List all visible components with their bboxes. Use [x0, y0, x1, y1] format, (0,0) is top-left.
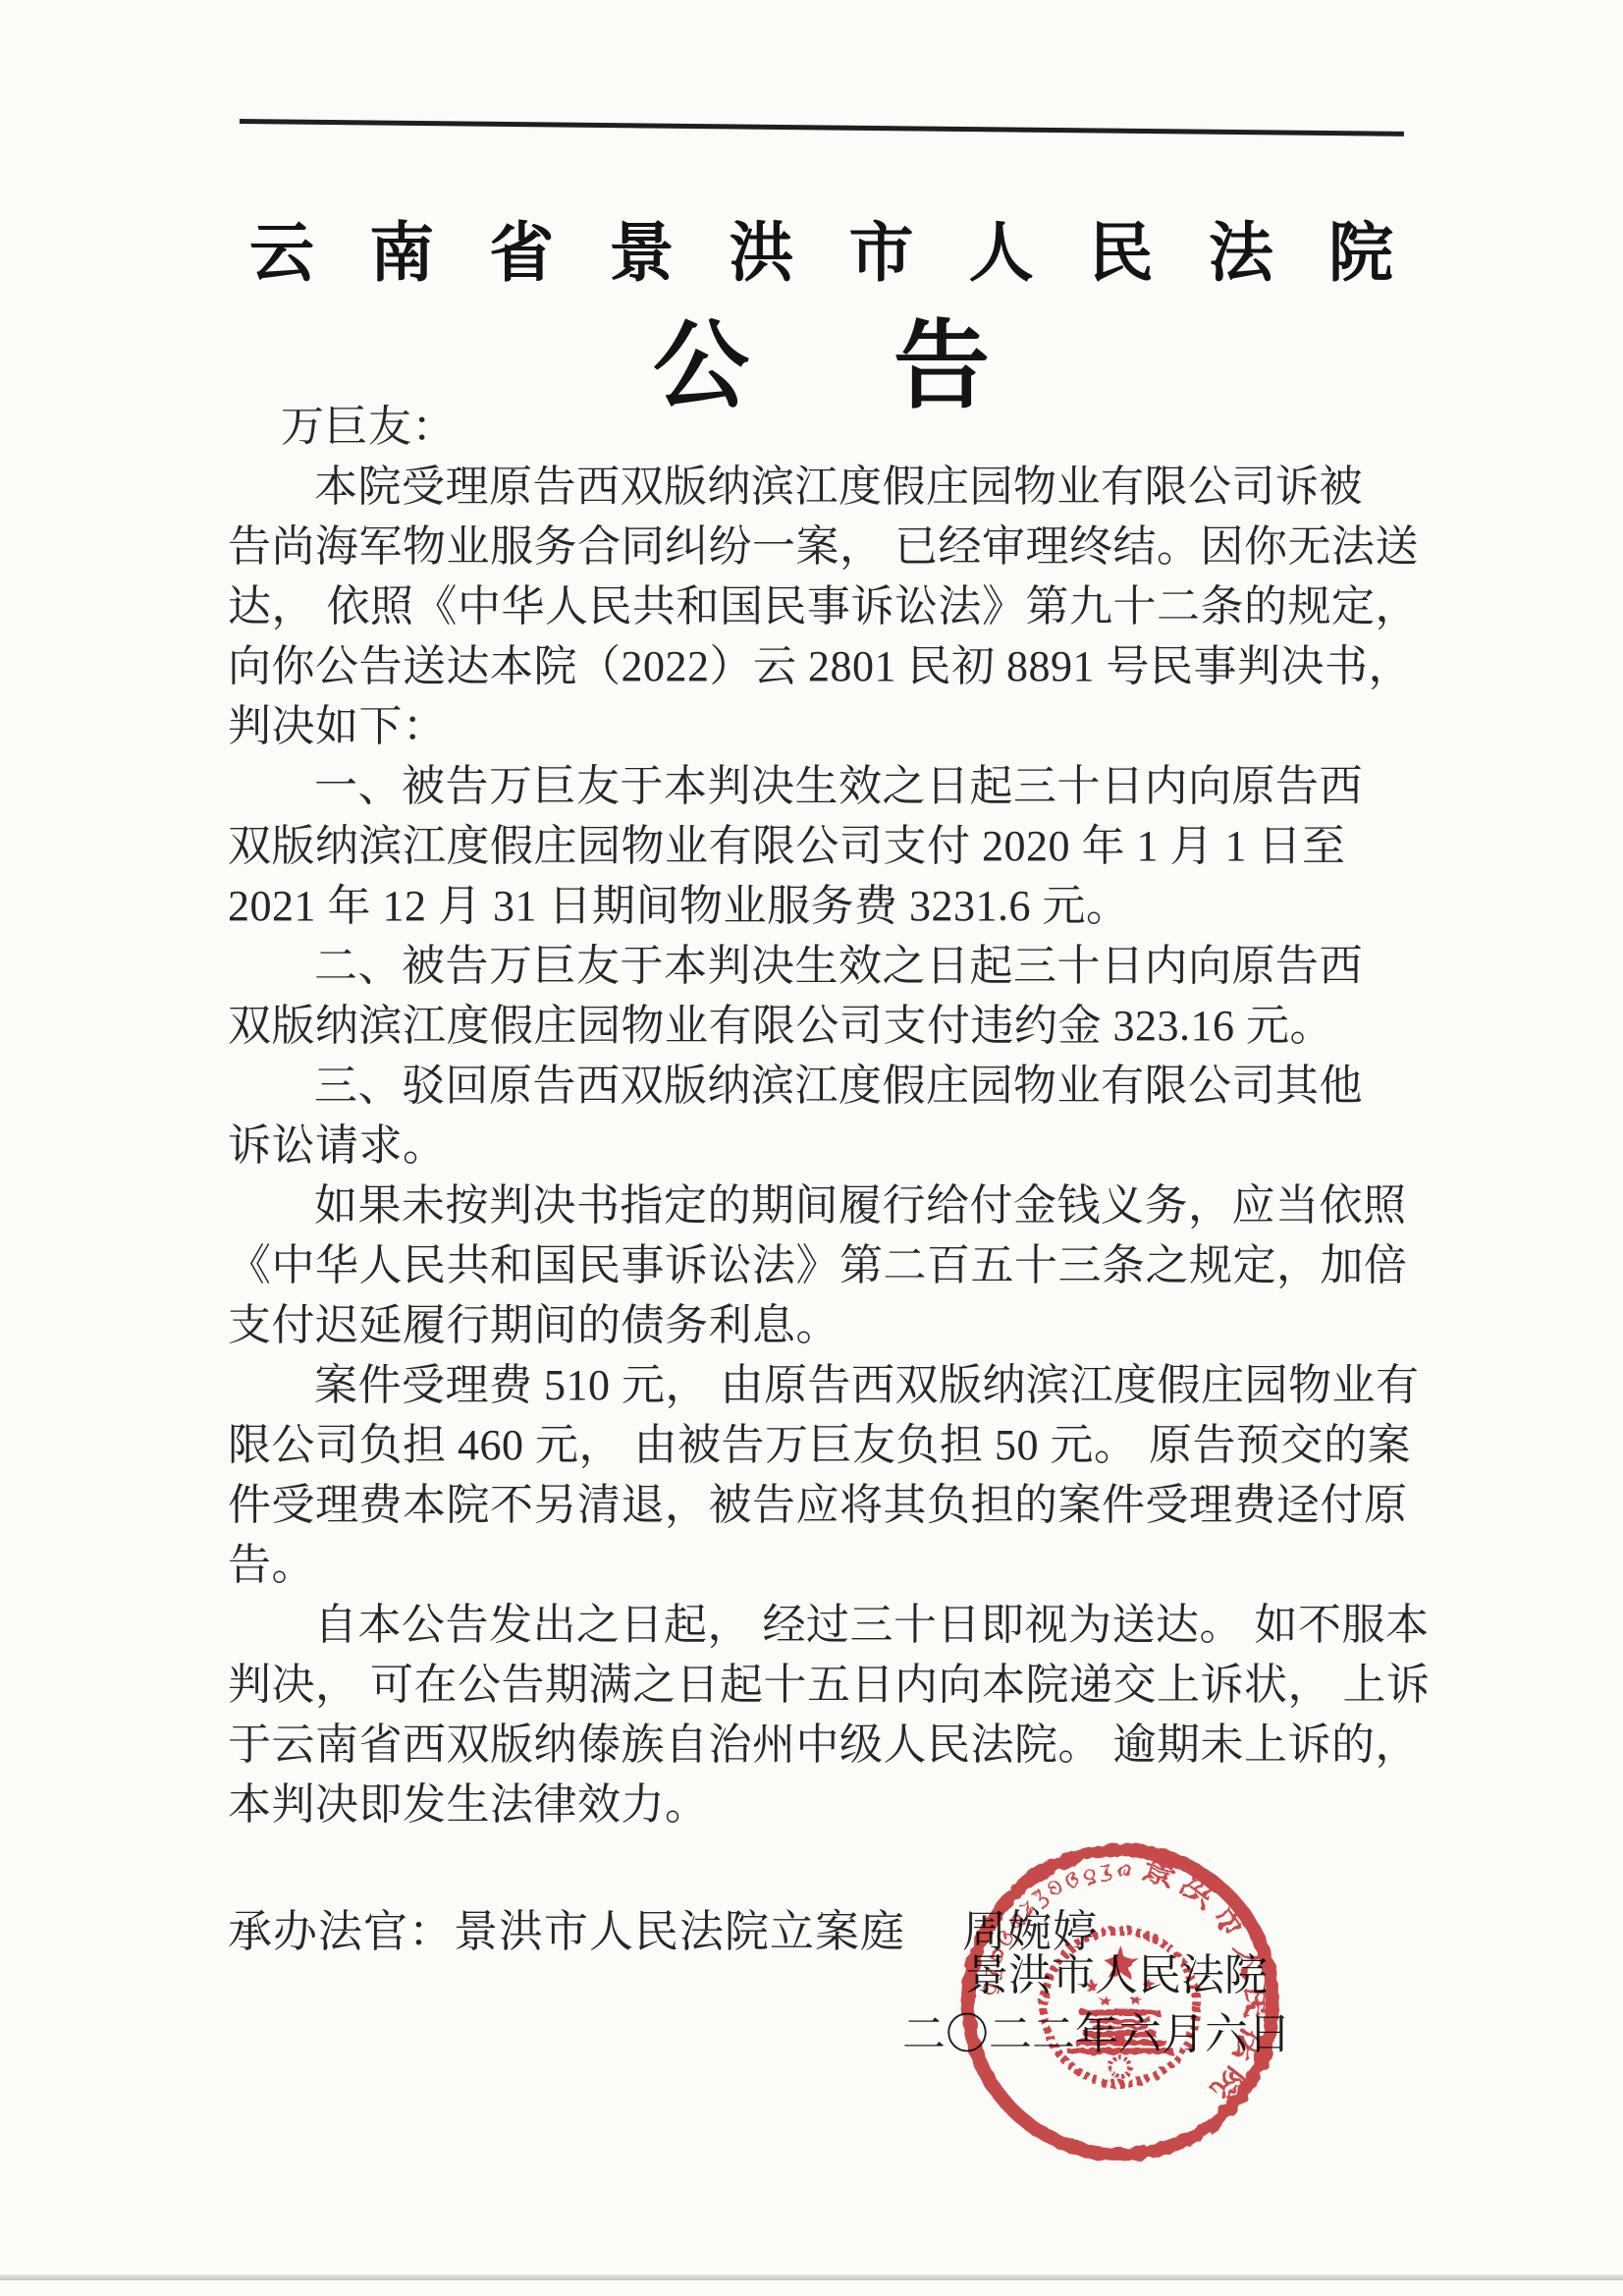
court-fee-line: 案件受理费 510 元， 由原告西双版纳滨江度假庄园物业有	[228, 1355, 1455, 1415]
body-line: 限公司负担 460 元， 由被告万巨友负担 50 元。 原告预交的案	[228, 1415, 1455, 1475]
body-line: 双版纳滨江度假庄园物业有限公司支付 2020 年 1 月 1 日至	[228, 816, 1455, 876]
small-star-icon	[1142, 1979, 1156, 1992]
gear-icon	[1110, 2057, 1130, 2077]
body-line: 支付迟延履行期间的债务利息。	[228, 1295, 1455, 1355]
small-star-icon	[1085, 1979, 1099, 1992]
body-line: 如果未按判决书指定的期间履行给付金钱义务，应当依照	[228, 1175, 1455, 1235]
body-line: 双版纳滨江度假庄园物业有限公司支付违约金 323.16 元。	[228, 996, 1455, 1056]
court-name-title: 云南省景洪市人民法院	[10, 200, 1623, 294]
body-line: 本院受理原告西双版纳滨江度假庄园物业有限公司诉被	[228, 457, 1455, 517]
body-line: 判决， 可在公告期满之日起十五日内向本院递交上诉状， 上诉	[228, 1655, 1455, 1715]
scanned-court-announcement-page: 云南省景洪市人民法院 公告 万巨友： 本院受理原告西双版纳滨江度假庄园物业有限公…	[0, 0, 1623, 2296]
body-line: 判决如下：	[228, 696, 1455, 756]
body-line: 自本公告发出之日起， 经过三十日即视为送达。 如不服本	[228, 1595, 1455, 1655]
judge-label: 承办法官：	[228, 1907, 454, 1956]
body-line: 告尚海军物业服务合同纠纷一案， 已经审理终结。因你无法送	[228, 517, 1455, 576]
body-line: 2021 年 12 月 31 日期间物业服务费 3231.6 元。	[228, 876, 1455, 936]
addressee-line: 万巨友：	[228, 397, 1455, 457]
body-line: 本判决即发生法律效力。	[228, 1775, 1455, 1834]
judgment-item-3-line: 三、驳回原告西双版纳滨江度假庄园物业有限公司其他	[228, 1056, 1455, 1116]
gate-icon	[1067, 2009, 1172, 2053]
small-star-icon	[1099, 1994, 1110, 2004]
body-line: 达， 依照《中华人民共和国民事诉讼法》第九十二条的规定，	[228, 576, 1455, 636]
judgment-item-2-line: 二、被告万巨友于本判决生效之日起三十日内向原告西	[228, 936, 1455, 996]
body-line: 件受理费本院不另清退，被告应将其负担的案件受理费迳付原	[228, 1475, 1455, 1535]
body-line: 诉讼请求。	[228, 1116, 1455, 1175]
seal-graphic: ƍʒʚɞɷʑʒʚɞƍʒɷ 景洪市人民法院	[948, 1831, 1292, 2174]
scan-edge-line	[0, 2274, 1623, 2280]
body-line: 于云南省西双版纳傣族自治州中级人民法院。 逾期未上诉的，	[228, 1715, 1455, 1775]
header-rule	[240, 119, 1404, 137]
judge-department: 景洪市人民法院立案庭	[454, 1907, 905, 1956]
announcement-body: 万巨友： 本院受理原告西双版纳滨江度假庄园物业有限公司诉被 告尚海军物业服务合同…	[228, 397, 1455, 1834]
judgment-item-1-line: 一、被告万巨友于本判决生效之日起三十日内向原告西	[228, 756, 1455, 816]
body-line: 告。	[228, 1535, 1455, 1595]
national-emblem-icon	[1044, 1931, 1197, 2084]
body-line: 向你公告送达本院（2022）云 2801 民初 8891 号民事判决书，	[228, 636, 1455, 696]
small-star-icon	[1130, 1994, 1142, 2004]
court-seal: ƍʒʚɞɷʑʒʚɞƍʒɷ 景洪市人民法院	[948, 1831, 1292, 2174]
star-icon	[1102, 1945, 1138, 1980]
body-line: 《中华人民共和国民事诉讼法》第二百五十三条之规定，加倍	[228, 1235, 1455, 1295]
